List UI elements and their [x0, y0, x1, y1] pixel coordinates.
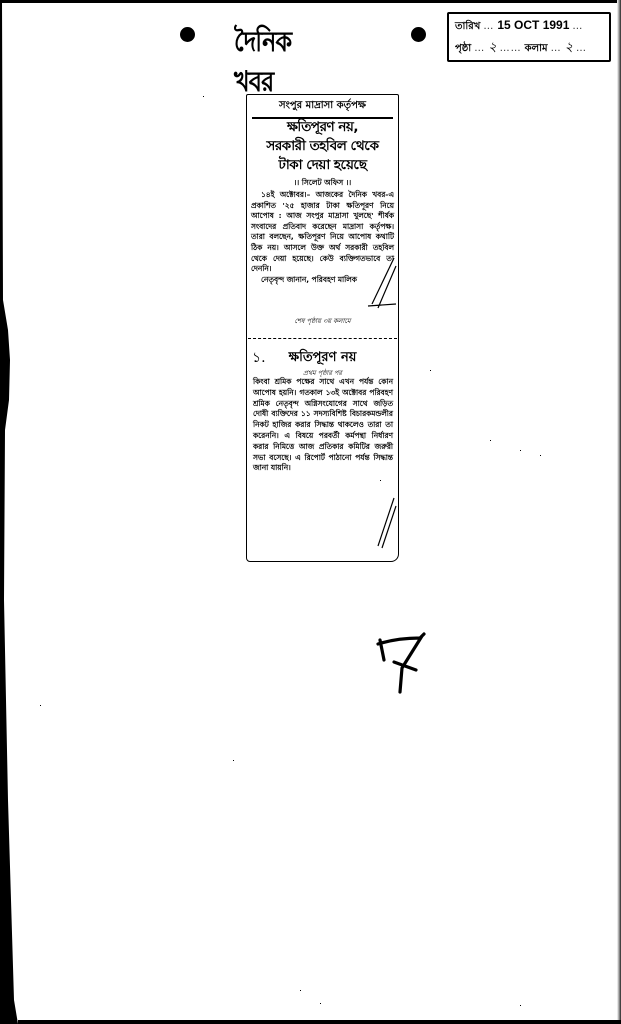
stamp-date-row: তারিখ … 15 OCT 1991 …: [455, 18, 603, 38]
continuation-headline: ক্ষতিপূরণ নয়: [250, 348, 395, 369]
clipping-dateline: ।। সিলেট অফিস ।।: [250, 178, 395, 190]
stamp-date-value: 15 OCT 1991: [497, 18, 569, 32]
stamp-column-label: কলাম: [525, 41, 548, 58]
scan-bottom-edge: [18, 1020, 621, 1024]
headline-line: ক্ষতিপূরণ নয়,: [250, 118, 395, 137]
clipping-headline: ক্ষতিপূরণ নয়, সরকারী তহবিল থেকে টাকা দে…: [250, 118, 395, 175]
clipping-kicker: সংপুর মাদ্রাসা কর্তৃপক্ষ: [252, 98, 393, 119]
newspaper-clipping: সংপুর মাদ্রাসা কর্তৃপক্ষ ক্ষতিপূরণ নয়, …: [246, 94, 399, 564]
continued-note: শেষ পৃষ্ঠায় ৩য় কলামে: [250, 316, 395, 327]
handwritten-page-number: 7: [372, 628, 432, 698]
headline-line: টাকা দেয়া হয়েছে: [250, 156, 395, 175]
stamp-column-value: ২: [565, 38, 573, 59]
stamp-date-label: তারিখ: [455, 19, 480, 36]
scan-left-shadow: [0, 0, 40, 1024]
pen-strokes: [374, 494, 398, 550]
scan-top-edge: [0, 0, 621, 3]
scan-right-edge: [617, 0, 621, 1024]
pen-strokes: [366, 254, 398, 314]
newspaper-masthead: দৈনিক খবর: [234, 22, 336, 102]
headline-line: সরকারী তহবিল থেকে: [250, 137, 395, 156]
stamp-page-label: পৃষ্ঠা: [455, 41, 471, 58]
stamp-page-row: পৃষ্ঠা … ২ …… কলাম … ২ …: [455, 38, 603, 58]
punch-hole-left: [180, 27, 195, 42]
stamp-page-value: ২: [488, 38, 496, 59]
punch-hole-right: [411, 27, 426, 42]
continuation-body: কিংবা শ্রমিক পক্ষের সাথে এখন পর্যন্ত কোন…: [253, 377, 393, 474]
clipping-divider: [248, 338, 397, 340]
filing-stamp: তারিখ … 15 OCT 1991 … পৃষ্ঠা … ২ …… কলাম…: [447, 12, 611, 62]
